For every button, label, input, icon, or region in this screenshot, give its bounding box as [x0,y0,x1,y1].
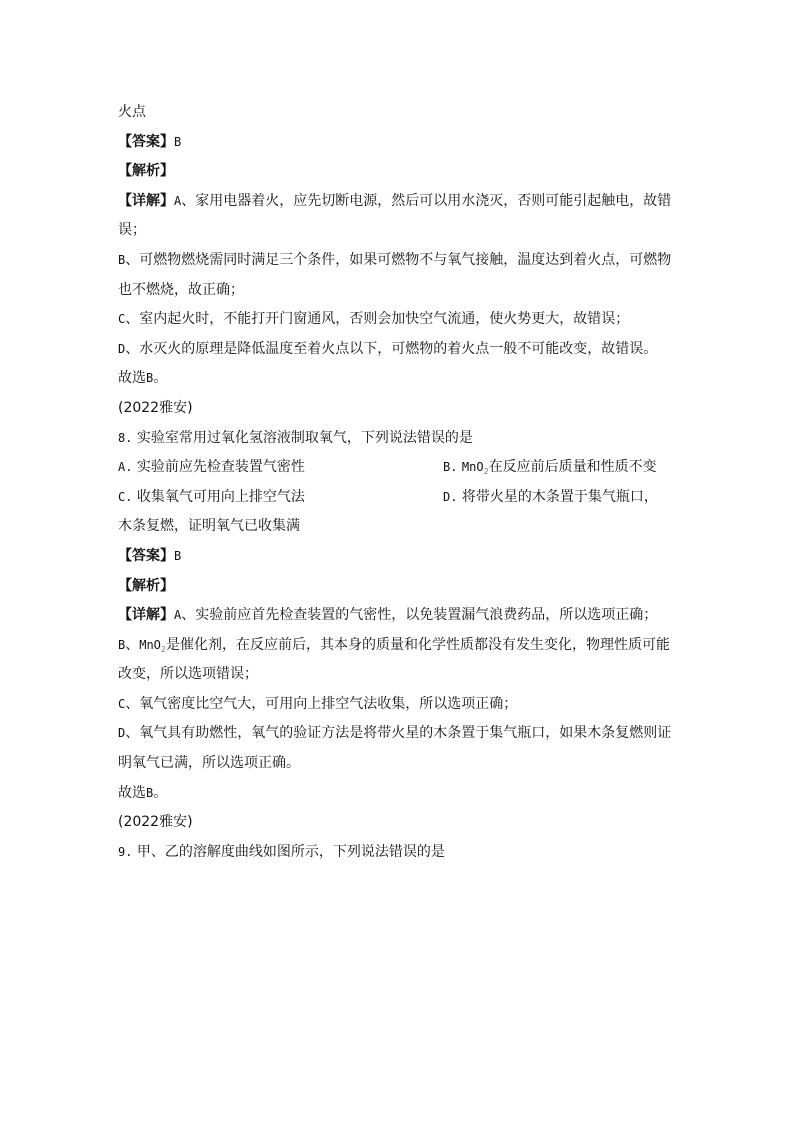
detail-text: 、室内起火时，不能打开门窗通风，否则会加快空气流通，使火势更大，故错误； [125,311,629,327]
options-row: A. 实验前应先检查装置气密性 B. MnO2在反应前后质量和性质不变 [118,455,678,485]
detail-text: 、家用电器着火，应先切断电源，然后可以用水浇灭，否则可能引起触电，故错 [181,193,671,209]
conclusion-line: 故选B。 [118,366,678,396]
punctuation: 。 [153,370,167,386]
detail-text: 明氧气已满，所以选项正确。 [118,755,300,771]
option-letter: C. [118,490,132,504]
document-page: 火点 【答案】B 【解析】 【详解】A、家用电器着火，应先切断电源，然后可以用水… [118,100,678,869]
option-text: 实验前应先检查装置气密性 [137,459,305,475]
analysis-heading: 【解析】 [118,159,678,189]
detail-text: 、水灭火的原理是降低温度至着火点以下，可燃物的着火点一般不可能改变，故错误。 [125,341,657,357]
option-a: A. 实验前应先检查装置气密性 [118,455,305,479]
detail-line: 明氧气已满，所以选项正确。 [118,751,678,781]
detail-line: D、水灭火的原理是降低温度至着火点以下，可燃物的着火点一般不可能改变，故错误。 [118,337,678,367]
answer-label: 【答案】 [118,548,174,564]
detail-line: B、MnO2是催化剂，在反应前后，其本身的质量和化学性质都没有发生变化，物理性质… [118,633,678,663]
chemical-formula: MnO [139,638,161,652]
question-stem: 8. 实验室常用过氧化氢溶液制取氧气，下列说法错误的是 [118,426,678,456]
analysis-label: 【解析】 [118,163,174,179]
options-row: C. 收集氧气可用向上排空气法 D. 将带火星的木条置于集气瓶口， [118,485,678,515]
detail-line: 也不燃烧，故正确； [118,278,678,308]
option-letter: A. [118,460,132,474]
detail-text: 误； [118,222,146,238]
detail-line: C、氧气密度比空气大，可用向上排空气法收集，所以选项正确； [118,692,678,722]
detail-text: 、氧气密度比空气大，可用向上排空气法收集，所以选项正确； [125,696,517,712]
detail-text: 、可燃物燃烧需同时满足三个条件，如果可燃物不与氧气接触，温度达到着火点，可燃物 [125,252,671,268]
question-stem: 9. 甲、乙的溶解度曲线如图所示，下列说法错误的是 [118,840,678,870]
option-letter: B. [443,460,457,474]
detail-line: B、可燃物燃烧需同时满足三个条件，如果可燃物不与氧气接触，温度达到着火点，可燃物 [118,248,678,278]
source-text: (2022雅安) [118,814,193,830]
option-letter: D. [443,490,457,504]
analysis-heading: 【解析】 [118,574,678,604]
detail-line: 【详解】A、家用电器着火，应先切断电源，然后可以用水浇灭，否则可能引起触电，故错 [118,189,678,219]
detail-line: C、室内起火时，不能打开门窗通风，否则会加快空气流通，使火势更大，故错误； [118,307,678,337]
detail-line: 【详解】A、实验前应首先检查装置的气密性，以免装置漏气浪费药品，所以选项正确； [118,603,678,633]
option-text: 将带火星的木条置于集气瓶口， [462,489,658,505]
detail-text: 、氧气具有助燃性，氧气的验证方法是将带火星的木条置于集气瓶口，如果木条复燃则证 [125,725,671,741]
chemical-formula: MnO [462,460,484,474]
punctuation: 。 [153,785,167,801]
conclusion-line: 故选B。 [118,781,678,811]
detail-text: 是催化剂，在反应前后，其本身的质量和化学性质都没有发生变化，物理性质可能 [166,637,670,653]
detail-line: 改变，所以选项错误； [118,662,678,692]
option-text: 木条复燃，证明氧气已收集满 [118,518,300,534]
option-d-continuation: 木条复燃，证明氧气已收集满 [118,514,678,544]
question-stem-text: 实验室常用过氧化氢溶液制取氧气，下列说法错误的是 [137,430,473,446]
option-text: 收集氧气可用向上排空气法 [137,489,305,505]
detail-label: 【详解】 [118,607,174,623]
option-c: C. 收集氧气可用向上排空气法 [118,485,305,509]
answer-value: B [174,135,181,149]
conclusion-text: 故选 [118,370,146,386]
option-b: B. MnO2在反应前后质量和性质不变 [443,455,657,484]
answer-line: 【答案】B [118,130,678,160]
option-d: D. 将带火星的木条置于集气瓶口， [443,485,658,509]
detail-text: 、实验前应首先检查装置的气密性，以免装置漏气浪费药品，所以选项正确； [181,607,657,623]
detail-text: 改变，所以选项错误； [118,666,258,682]
question-source: (2022雅安) [118,396,678,426]
analysis-label: 【解析】 [118,578,174,594]
detail-line: 误； [118,218,678,248]
question-number: 8. [118,431,132,445]
answer-label: 【答案】 [118,134,174,150]
question-source: (2022雅安) [118,810,678,840]
punctuation: 、 [125,637,139,653]
answer-value: B [174,549,181,563]
text-line: 火点 [118,100,678,130]
question-number: 9. [118,845,132,859]
detail-text: 也不燃烧，故正确； [118,282,244,298]
option-text: 在反应前后质量和性质不变 [489,459,657,475]
source-text: (2022雅安) [118,400,193,416]
conclusion-text: 故选 [118,785,146,801]
answer-line: 【答案】B [118,544,678,574]
detail-line: D、氧气具有助燃性，氧气的验证方法是将带火星的木条置于集气瓶口，如果木条复燃则证 [118,721,678,751]
question-stem-text: 甲、乙的溶解度曲线如图所示，下列说法错误的是 [137,844,445,860]
continuation-text: 火点 [118,104,146,120]
detail-label: 【详解】 [118,193,174,209]
